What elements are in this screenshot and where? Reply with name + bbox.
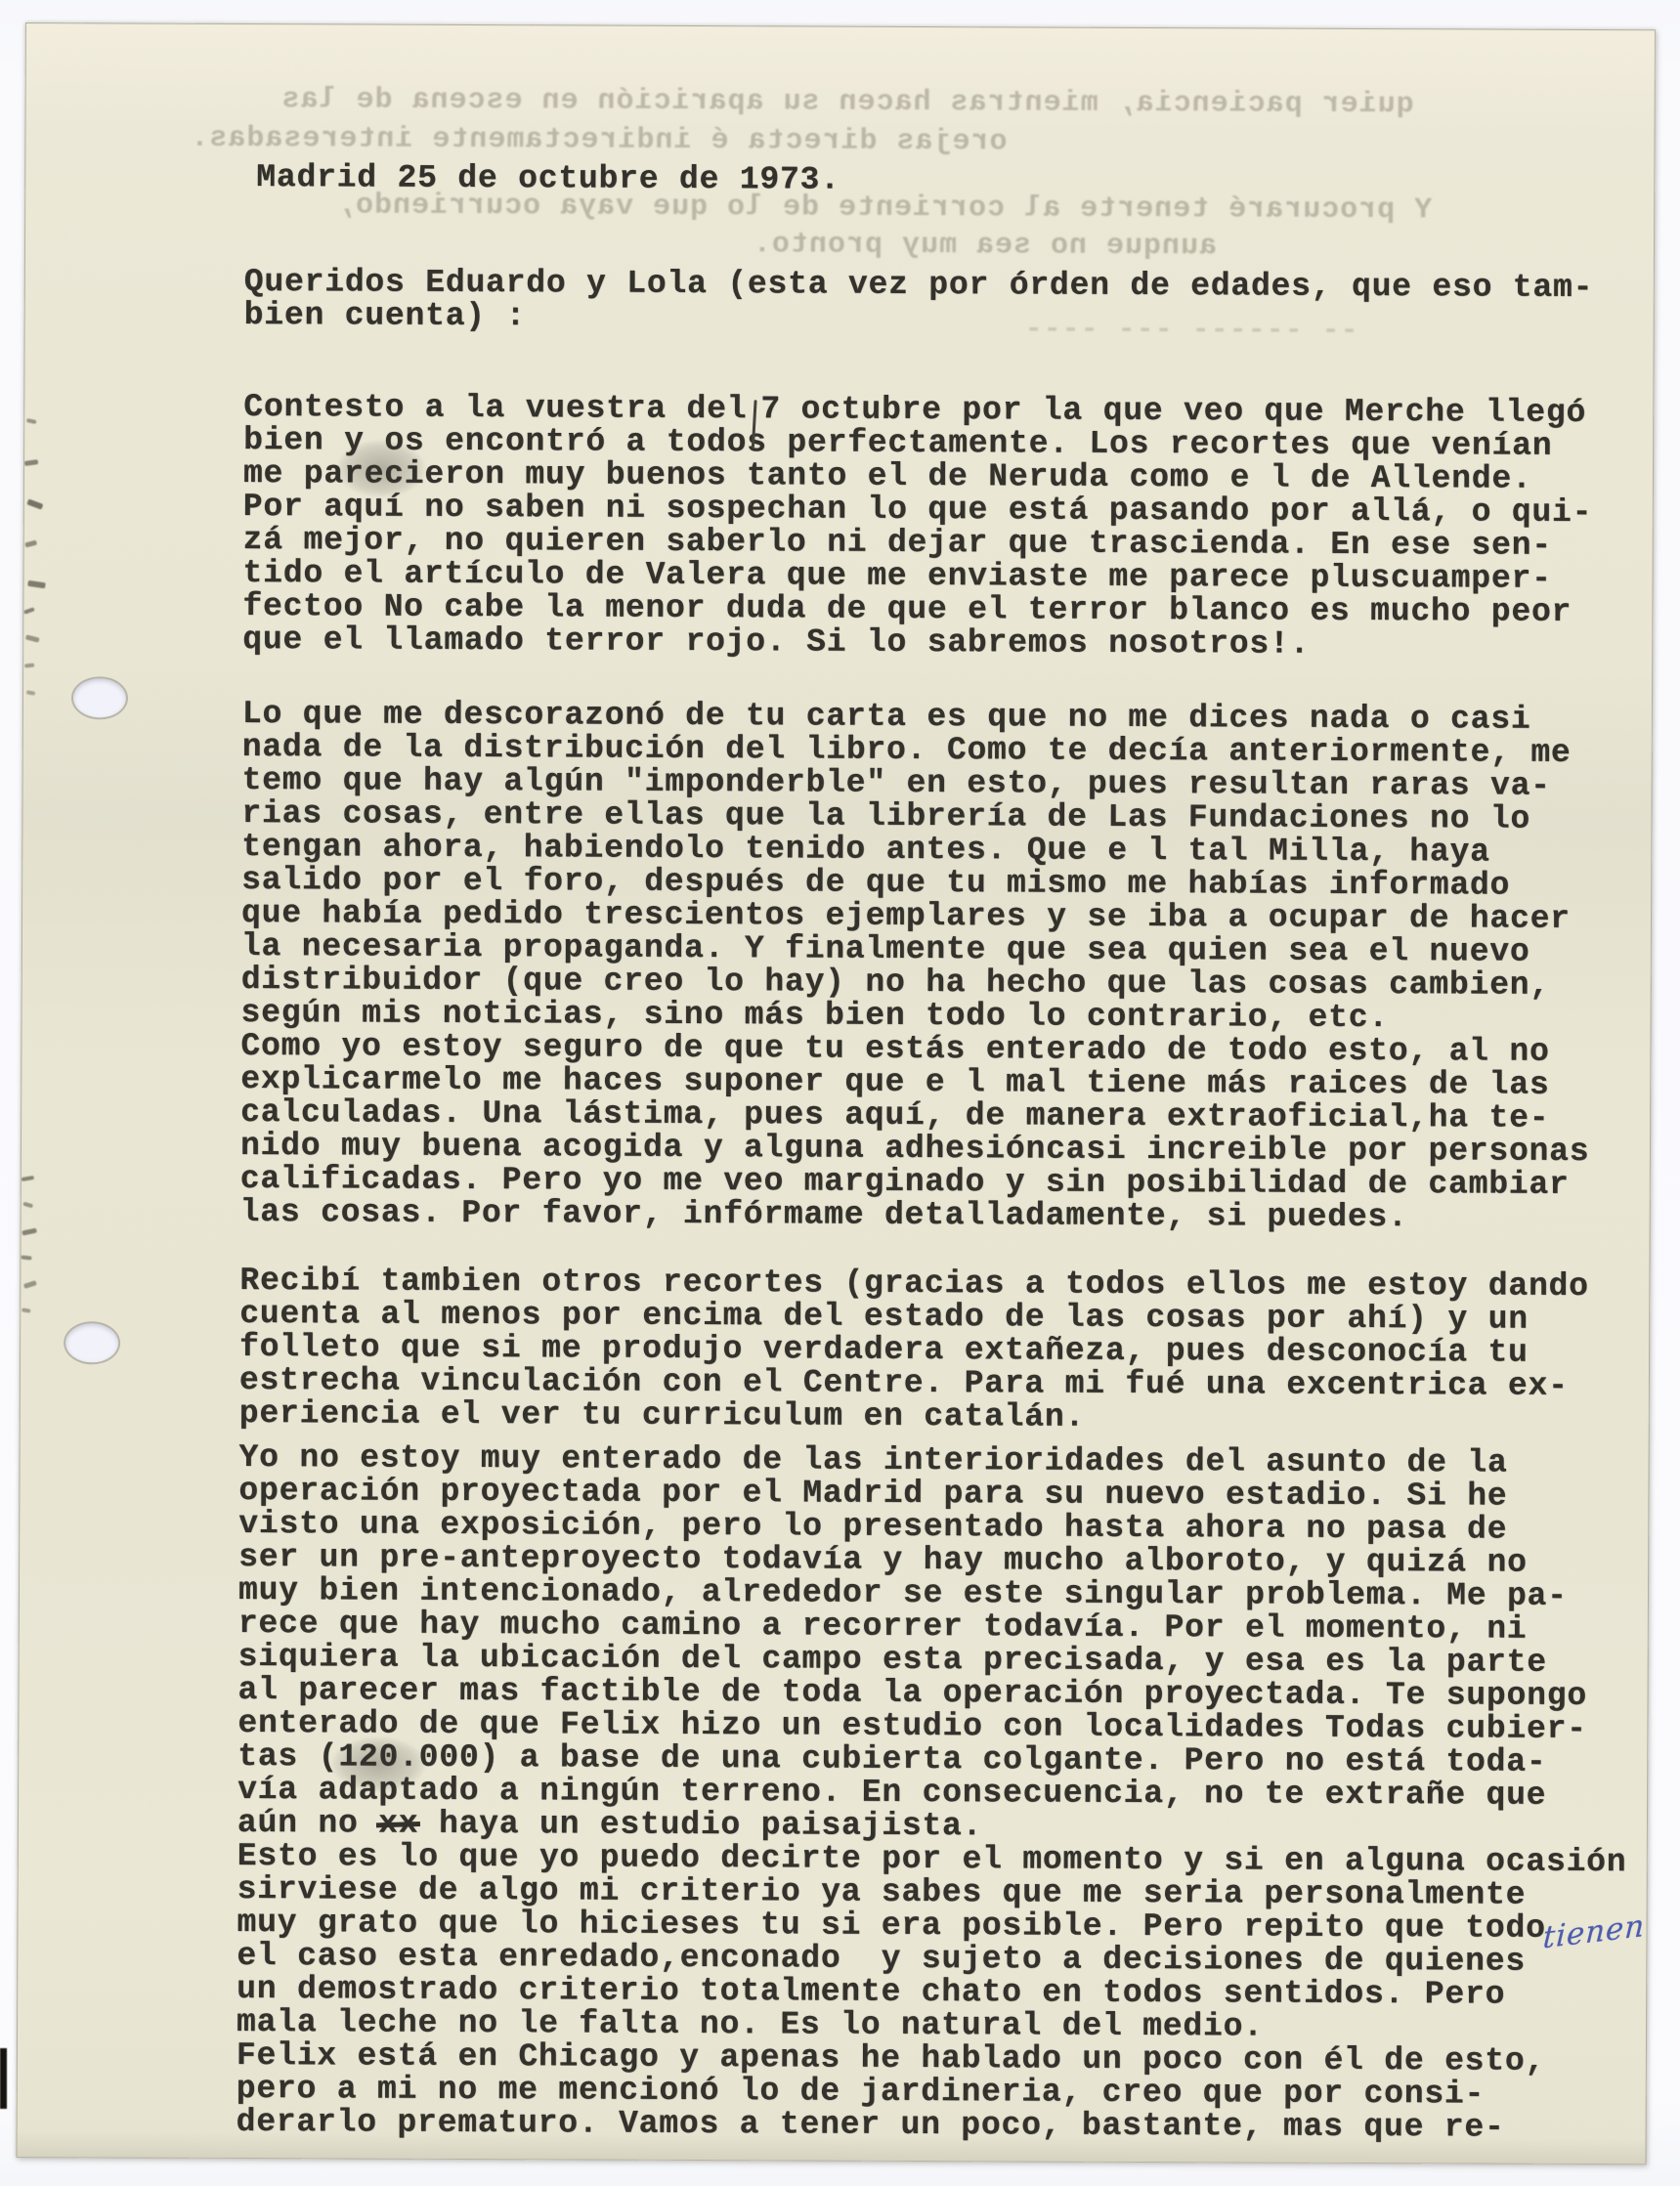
paragraph-4-after: Esto es lo que yo puedo decirte por el m… (237, 1840, 1627, 2145)
edge-smudge (21, 1255, 31, 1260)
bleed-through-line: orejas directa é indirectamente interesa… (381, 123, 1007, 159)
edge-smudge (25, 634, 40, 642)
edge-smudge (24, 459, 39, 466)
edge-smudge (22, 1228, 37, 1236)
edge-smudge (26, 418, 37, 424)
dateline: Madrid 25 de octubre de 1973. (256, 161, 840, 197)
letter-paper: quier paciencia, mientras hacen su apari… (16, 22, 1656, 2165)
paragraph-3: Recibí tambien otros recortes (gracias a… (239, 1264, 1589, 1436)
edge-smudge (22, 1176, 34, 1181)
edge-smudge (26, 498, 43, 509)
paragraph-2: Lo que me descorazonó de tu carta es que… (240, 698, 1592, 1235)
text-line: Madrid 25 de octubre de 1973. (256, 161, 840, 197)
bleed-through-line: quier paciencia, mientras hacen su apari… (177, 83, 1414, 122)
salutation: Queridos Eduardo y Lola (esta vez por ór… (244, 266, 1594, 338)
scanned-letter-page: { "document": { "kind": "typewritten let… (0, 0, 1680, 2186)
text-segment: aún no (237, 1805, 378, 1842)
edge-smudge (23, 1280, 37, 1289)
struck-out-text: xx (378, 1806, 418, 1842)
paragraph-4-before: Yo no estoy muy enterado de las interior… (237, 1441, 1628, 1813)
punch-hole (64, 1321, 120, 1364)
paragraph-1: Contesto a la vuestra del7 octubre por l… (242, 391, 1593, 663)
paragraph-1-rest: bien y os encontró a todos perfectamente… (242, 424, 1592, 663)
bleed-through-line: aunque no sea muy pronto. (836, 229, 1217, 264)
edge-smudge (26, 690, 36, 696)
edge-smudge (22, 1307, 31, 1312)
edge-smudge (24, 540, 37, 548)
text-line: derarlo prematuro. Vamos a tener un poco… (237, 2106, 1626, 2145)
punch-hole (71, 676, 128, 719)
edge-smudge (22, 1202, 33, 1209)
scan-edge-mark (0, 2048, 7, 2109)
edge-smudge (24, 664, 34, 668)
edge-smudge (27, 580, 46, 589)
paragraph-4: Yo no estoy muy enterado de las interior… (237, 1441, 1629, 2145)
edge-smudge (23, 607, 35, 614)
text-line: las cosas. Por favor, infórmame detallad… (240, 1196, 1590, 1235)
